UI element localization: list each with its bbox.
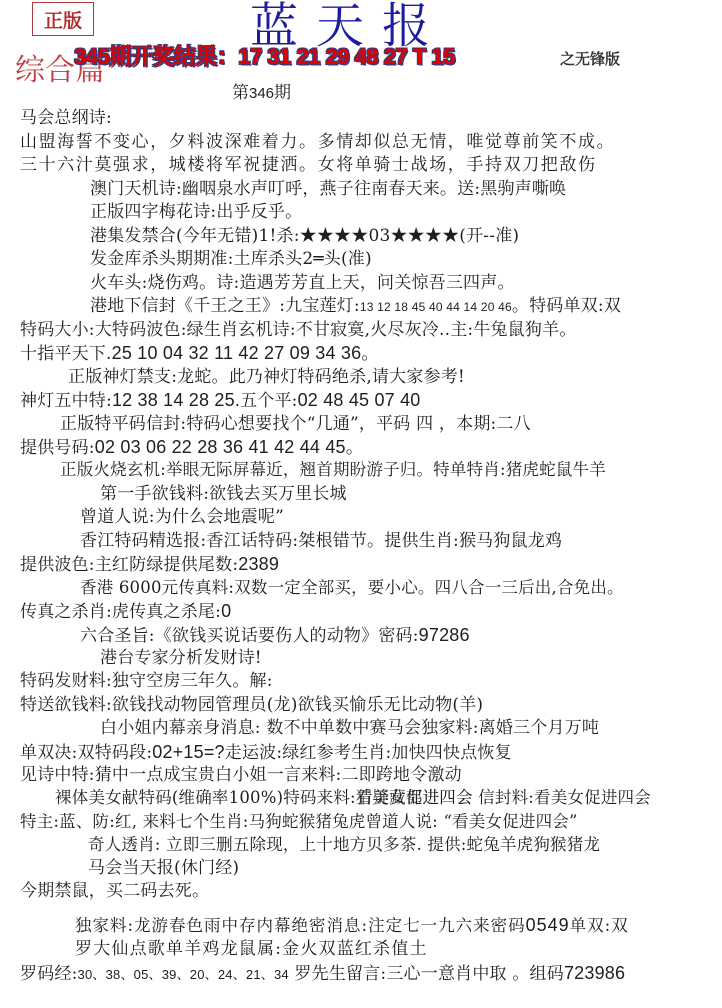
macau-oracle-poem: 澳门天机诗:幽咽泉水声叮呼，燕子往南春天来。送:黑驹声嘶唤 (90, 178, 566, 200)
ten-fingers-line: 十指平天下.25 10 04 32 11 42 27 09 34 36。 (20, 342, 380, 365)
masthead-title: 蓝天报 (250, 2, 448, 50)
exclusive-code: 0549 (526, 915, 570, 935)
ten-fingers-numbers: 25 10 04 32 11 42 27 09 34 36。 (112, 343, 380, 363)
odd-even-tail: 走运波:绿红参考生肖:加快四快点恢复 (225, 743, 512, 763)
wave-color-line: 提供波色:主红防绿提供尾数:2389 (20, 553, 279, 576)
beauty-label: 裸体美女献特码(维确率100%)特码来料: (55, 788, 356, 807)
odd-even-label: 单双决:双特码段: (20, 743, 152, 763)
magic-lamp-ban-line: 正版神灯禁支:龙蛇。此乃神灯特码绝杀,请大家参考! (68, 366, 465, 388)
exclusive-tail: 单双:双 (570, 916, 629, 935)
envelope-tail: 。特码单双:双 (512, 296, 621, 316)
luo-code-line: 罗码经:30、38、05、39、20、24、21、34 罗先生留言:三心一意肖中… (20, 962, 625, 986)
issue-number: 第346期 (232, 78, 291, 103)
special-money-line: 特送欲钱料:欲钱找动物园管理员(龙)欲钱买愉乐无比动物(羊) (20, 694, 483, 716)
ban-rat-line: 今期禁鼠，买二码去死。 (20, 880, 209, 902)
overlap-text-b: 猜疑藏都进四会 (356, 787, 473, 809)
lamp-five-label: 神灯五中特: (20, 391, 112, 411)
miss-bai-line: 白小姐内幕亲身消息: 数不中单数中赛马会独家料:离婚三个月万吨 (100, 717, 599, 739)
treasury-kill-head: 发金库杀头期期准:土库杀头2═头(准) (90, 248, 372, 270)
liuhe-decree-line: 六合圣旨:《欲钱买说话要伤人的动物》密码:97286 (80, 624, 470, 647)
luo-code-label: 罗码经: (20, 964, 78, 984)
plum-blossom-poem: 正版四字梅花诗:出乎反乎。 (90, 201, 302, 223)
odd-even-line: 单双决:双特码段:02+15=?走运波:绿红参考生肖:加快四快点恢复 (20, 741, 512, 764)
beauty-special-line: 裸体美女献特码(维确率100%)特码来料:看美女促进四会猜疑藏都进四会 信封料:… (55, 787, 651, 809)
luo-daxian-line: 罗大仙点歌单羊鸡龙鼠属:金火双蓝红杀值土 (75, 938, 428, 960)
issue-prefix: 第 (232, 83, 249, 103)
special-size-line: 特码大小:大特码波色:绿生肖玄机诗:不甘寂寞,火尽灰冷..主:牛兔鼠狗羊。 (20, 319, 577, 341)
fax-kill-line: 传真之杀肖:虎传真之杀尾:0 (20, 600, 231, 623)
oracle-reveal-line: 奇人透肖: 立即三删五除现，上十地方贝多茶. 提供:蛇兔羊虎狗猴猪龙 (88, 834, 600, 856)
first-hand-line: 第一手欲钱料:欲钱去买万里长城 (100, 483, 347, 505)
authentic-edition-badge: 正版 (32, 2, 94, 36)
edition-label: 之无锋版 (560, 48, 620, 69)
odd-even-formula: 02+15=? (152, 742, 224, 762)
zeng-daoren-line: 曾道人说:为什么会地震呢” (80, 506, 284, 528)
fax-kill-label: 传真之杀肖:虎传真之杀尾: (20, 602, 221, 622)
hk-forbidden-combo: 港集发禁合(今年无错)1!杀:★★★★03★★★★(开--准) (90, 225, 519, 247)
underground-envelope-line: 港地下信封《千王之王》:九宝莲灯:13 12 18 45 40 44 14 20… (90, 295, 621, 318)
luo-code-numbers: 30、38、05、39、20、24、21、34 (78, 967, 289, 982)
fortune-material-line: 特码发财料:独守空房三年久。解: (20, 670, 273, 692)
issue-suffix: 期 (274, 83, 291, 103)
train-head-line: 火车头:烧伤鸡。诗:造遇芳芳直上天，问关惊吾三四声。 (90, 272, 515, 294)
poem-special-line: 见诗中特:猜中一点成宝贵白小姐一言来料:二即跨地令激动 (20, 764, 462, 786)
xiangjiang-line: 香江特码精选报:香江话特码:桀根错节。提供生肖:猴马狗鼠龙鸡 (80, 530, 562, 552)
hk-fax-line: 香港 6000元传真料:双数一定全部买，要小心。四八合一三后出,合免出。 (80, 577, 624, 599)
fire-oracle-line: 正版火烧玄机:举眼无际屏幕近，翘首期盼游子归。特单特肖:猪虎蛇鼠牛羊 (60, 459, 606, 481)
poem-line-1: 山盟海誓不变心，夕料波深难着力。多情却似总无情，唯觉尊前笑不成。 (20, 131, 615, 153)
five-flat-numbers: 02 48 45 07 40 (298, 390, 421, 410)
exclusive-material-line: 独家料:龙游春色雨中存内幕绝密消息:注定七一九六来密码0549单双:双 (75, 914, 629, 937)
special-flat-envelope: 正版特平码信封:特码心想要找个“几通”，平码 四 ，本期:二八 (60, 413, 531, 435)
provided-numbers-line: 提供号码:02 03 06 22 28 36 41 42 44 45。 (20, 436, 364, 459)
special-main-line: 特主:蓝、防:红, 来料七个生肖:马狗蛇猴猪兔虎曾道人说: “看美女促进四会” (20, 811, 578, 833)
issue-value: 346 (249, 85, 274, 102)
envelope-numbers: 13 12 18 45 40 44 14 20 46 (360, 300, 512, 314)
envelope-label: 港地下信封《千王之王》:九宝莲灯: (90, 296, 360, 316)
lamp-five-numbers: 12 38 14 28 25. (112, 390, 240, 410)
decree-code: 97286 (419, 625, 470, 645)
wave-color-label: 提供波色:主红防绿提供尾数: (20, 555, 238, 575)
tail-numbers: 2389 (238, 554, 279, 574)
provided-numbers-label: 提供号码: (20, 438, 95, 458)
poem-heading: 马会总纲诗: (20, 107, 112, 129)
exclusive-label: 独家料:龙游春色雨中存内幕绝密消息:注定七一九六来密码 (75, 916, 526, 935)
decree-label: 六合圣旨:《欲钱买说话要伤人的动物》密码: (80, 626, 419, 646)
poem-line-2: 三十六汁莫强求，城楼将军祝捷洒。女将单骑士战场，手持双刀把敌伤 (20, 154, 597, 176)
envelope-material: 信封料:看美女促进四会 (473, 788, 651, 807)
provided-numbers: 02 03 06 22 28 36 41 42 44 45。 (95, 437, 364, 457)
group-code: 723986 (564, 963, 625, 983)
ten-fingers-label: 十指平天下. (20, 344, 112, 364)
overlapped-text: 看美女促进四会猜疑藏都进四会 (356, 787, 473, 809)
jockey-club-line: 马会当天报(休门经) (88, 857, 239, 879)
fax-kill-tail: 0 (221, 601, 231, 621)
expert-poem-heading: 港台专家分析发财诗! (100, 647, 262, 669)
magic-lamp-five-line: 神灯五中特:12 38 14 28 25.五个平:02 48 45 07 40 (20, 389, 421, 412)
five-flat-label: 五个平: (240, 391, 298, 411)
draw-result-banner: 345期开奖结果：17 31 21 29 48 27 T 15 (74, 46, 455, 68)
luo-message: 罗先生留言:三心一意肖中取 。组码 (289, 964, 564, 984)
